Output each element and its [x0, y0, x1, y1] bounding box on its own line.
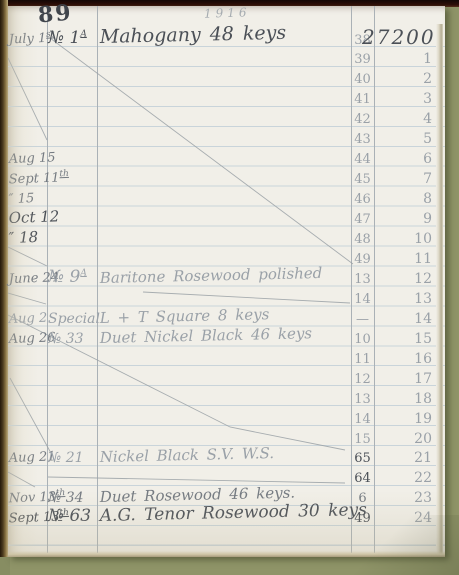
ledger-row: 424 [8, 106, 445, 126]
entry-number-superscript: A [80, 29, 87, 39]
entry-date: Aug 2 [9, 311, 48, 325]
serial-number: 21 [362, 451, 432, 465]
ledger-row: June 24№ 9ABaritone Rosewood polished131… [8, 266, 445, 286]
book-binding [0, 0, 8, 562]
ledger-row: 1217 [8, 366, 445, 386]
entry-date: Aug 15 [9, 152, 56, 167]
entry-number: Special [48, 312, 100, 326]
ledger-row: 391 [8, 46, 445, 66]
serial-number: 10 [362, 232, 432, 246]
folio-number: 89 [37, 0, 74, 28]
ledger-row: 435 [8, 126, 445, 146]
ledger-row: 6422 [8, 465, 445, 485]
serial-number: 14 [362, 312, 432, 326]
serial-number: 1 [362, 52, 432, 66]
ledger-page: 89 1916 July 1st№ 1AMahogany 48 keys3827… [8, 6, 445, 557]
serial-number: 9 [362, 212, 432, 226]
entry-number: № 34 [48, 491, 84, 505]
ledger-row: ″ 184810 [8, 226, 445, 246]
serial-number: 17 [362, 372, 432, 386]
page-edge-right [436, 24, 443, 557]
entry-date: ″ 18 [8, 230, 38, 246]
entry-description: L + T Square 8 keys [100, 307, 270, 326]
entry-number: № 21 [48, 451, 84, 465]
entry-description: Baritone Rosewood polished [100, 266, 323, 286]
background [0, 557, 10, 575]
entry-description: Duet Nickel Black 46 keys [100, 326, 313, 346]
entry-description: Mahogany 48 keys [100, 23, 287, 46]
page-edge-bottom [8, 551, 445, 557]
serial-number: 4 [362, 112, 432, 126]
entry-date: ″ 15 [9, 192, 35, 206]
entry-number: № 9A [48, 269, 87, 286]
serial-number: 2 [362, 72, 432, 86]
ledger-photo: 89 1916 July 1st№ 1AMahogany 48 keys3827… [0, 0, 459, 575]
ledger-row: Aug 15446 [8, 146, 445, 166]
serial-number: 6 [362, 152, 432, 166]
ledger-row: Sept 13th№ 63A.G. Tenor Rosewood 30 keys… [8, 505, 445, 525]
year-heading: 1916 [204, 5, 251, 21]
serial-number: 11 [362, 252, 432, 266]
entry-description: Nickel Black S.V. W.S. [100, 446, 275, 465]
entry-number: № 63 [48, 508, 91, 525]
ledger-row: Sept 11th457 [8, 166, 445, 186]
serial-number: 18 [362, 392, 432, 406]
serial-number: 7 [362, 172, 432, 186]
entry-description: A.G. Tenor Rosewood 30 keys [100, 502, 367, 525]
ledger-row: 413 [8, 86, 445, 106]
serial-number: 24 [362, 511, 432, 525]
entry-date: Oct 12 [8, 209, 59, 226]
entry-number-superscript: A [80, 268, 87, 278]
ledger-row: Oct 12479 [8, 206, 445, 226]
entry-number: № 33 [48, 332, 84, 346]
entry-date-superscript: th [59, 169, 69, 179]
serial-number: 13 [362, 292, 432, 306]
entry-date: Sept 11th [8, 170, 69, 186]
serial-number: 23 [362, 491, 432, 505]
ledger-row: Aug 26№ 33Duet Nickel Black 46 keys1015 [8, 326, 445, 346]
entry-number: № 1A [48, 30, 87, 47]
ledger-row: 1413 [8, 286, 445, 306]
ledger-row: Aug 2SpecialL + T Square 8 keys—14 [8, 306, 445, 326]
serial-number: 20 [362, 432, 432, 446]
serial-number: 3 [362, 92, 432, 106]
ledger-row: 1419 [8, 406, 445, 426]
ledger-row: Aug 21№ 21Nickel Black S.V. W.S.6521 [8, 445, 445, 465]
ledger-row: July 1st№ 1AMahogany 48 keys3827200 [8, 27, 445, 47]
serial-number: 15 [362, 332, 432, 346]
serial-number: 5 [362, 132, 432, 146]
serial-number: 27200 [362, 27, 432, 47]
serial-number: 16 [362, 352, 432, 366]
serial-number: 22 [362, 471, 432, 485]
ledger-row: 4911 [8, 246, 445, 266]
ledger-row: ″ 15468 [8, 186, 445, 206]
ledger-row: 1116 [8, 346, 445, 366]
ledger-row: 402 [8, 66, 445, 86]
serial-number: 8 [362, 192, 432, 206]
ledger-row: 1520 [8, 426, 445, 446]
serial-number: 12 [362, 272, 432, 286]
ledger-row: 1318 [8, 386, 445, 406]
serial-number: 19 [362, 412, 432, 426]
